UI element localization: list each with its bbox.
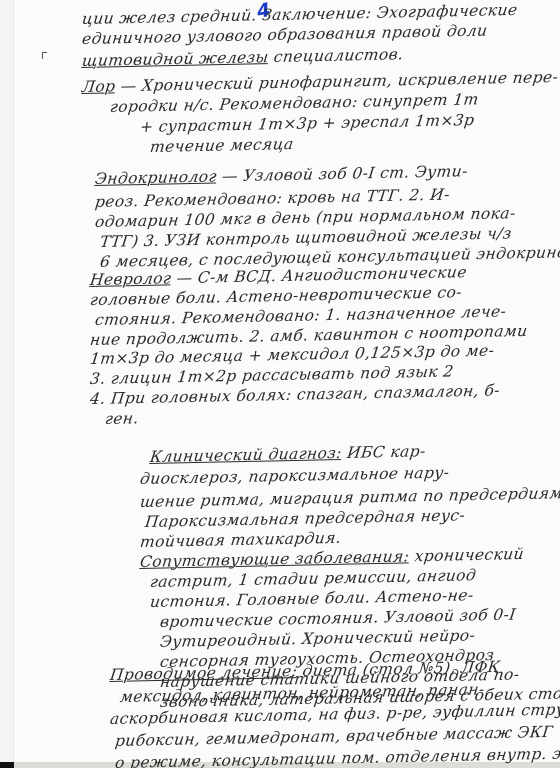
margin-mark [42,52,47,59]
handwritten-line: ген. [104,411,140,427]
section-heading: Невролог [89,269,172,289]
line-text: специалистов. [268,45,405,66]
line-text: хронический [408,545,525,565]
section-heading: Эндокринолог [94,167,218,188]
line-text: ИБС кар- [341,442,427,462]
line-text: течение месяца [149,135,295,156]
section-heading: Лор [81,77,117,96]
scanner-corner-shadow [0,762,14,768]
handwritten-line: течение месяца [149,137,294,156]
line-text: ген. [104,409,140,428]
